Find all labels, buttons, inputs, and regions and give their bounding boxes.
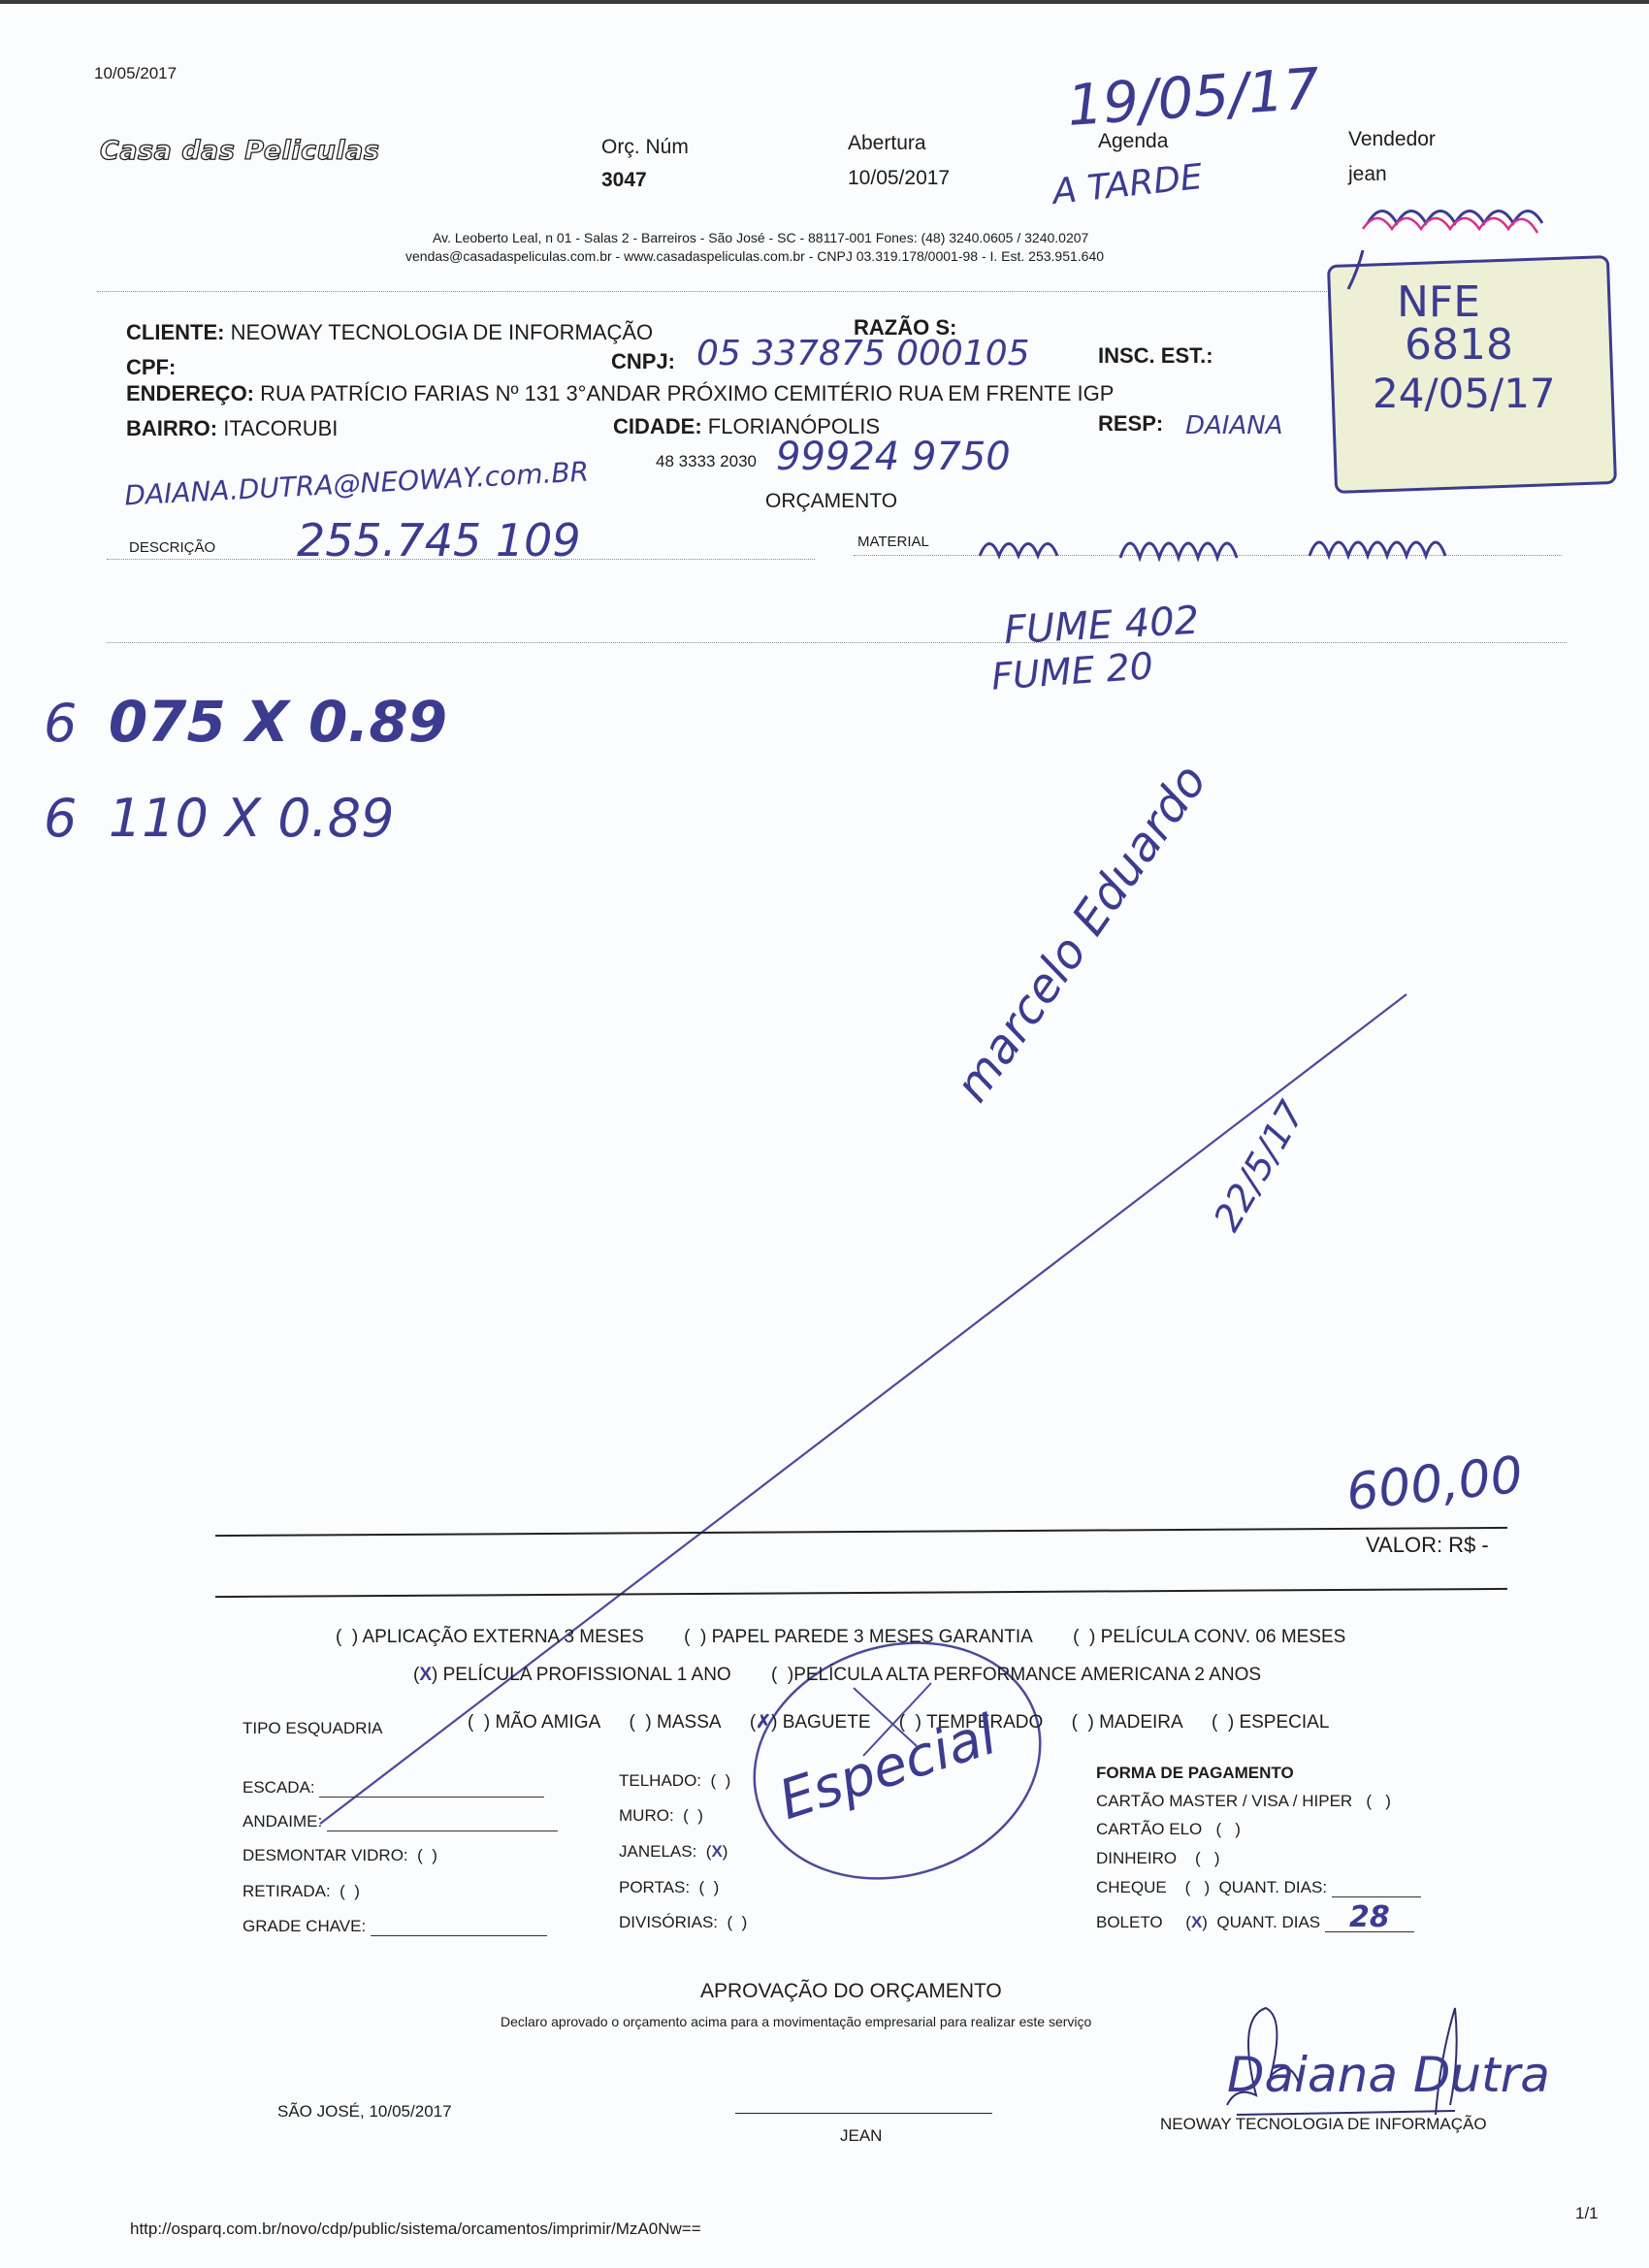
extra-telhado: TELHADO: ( ) — [619, 1771, 730, 1791]
divider — [107, 559, 815, 560]
esquadria-option[interactable]: ( ) ESPECIAL — [1212, 1712, 1329, 1733]
seller-signature-line — [735, 2113, 992, 2114]
service-option[interactable]: ( ) PAPEL PAREDE 3 MESES GARANTIA — [684, 1627, 1033, 1648]
extra-retirada: RETIRADA: ( ) — [242, 1882, 360, 1901]
client-sign-label: NEOWAY TECNOLOGIA DE INFORMAÇÃO — [1160, 2115, 1487, 2134]
agenda-handwritten-note: A TARDE — [1051, 157, 1204, 212]
installer-signature-date: 22/5/17 — [1206, 1094, 1313, 1239]
checkbox[interactable]: ( ) — [723, 1913, 748, 1931]
valor-handwritten: 600,00 — [1343, 1446, 1525, 1523]
boleto-dias-field[interactable]: 28 — [1325, 1907, 1414, 1932]
valor-label: VALOR: R$ - — [1366, 1533, 1489, 1558]
vendedor-label: Vendedor — [1348, 128, 1436, 151]
escada-field[interactable] — [319, 1797, 544, 1798]
valor-line-top — [215, 1527, 1507, 1537]
extra-andaime: ANDAIME: — [242, 1812, 558, 1831]
valor-line-bottom — [215, 1588, 1507, 1598]
payment-option[interactable]: DINHEIRO ( ) — [1096, 1849, 1220, 1868]
orc-num-label: Orç. Núm — [601, 136, 689, 159]
esquadria-option[interactable]: ( ) MASSA — [630, 1712, 722, 1733]
material-line-1: FUME 402 — [1003, 599, 1200, 653]
checkbox-checked[interactable]: (X) — [701, 1842, 727, 1861]
checkbox[interactable]: ( ) — [695, 1878, 720, 1896]
approval-place-date: SÃO JOSÉ, 10/05/2017 — [277, 2102, 452, 2122]
client-phone: 48 3333 2030 — [656, 452, 757, 471]
checkbox[interactable]: ( ) — [412, 1846, 437, 1864]
checkbox[interactable]: ( ) — [1073, 1627, 1095, 1648]
payment-title: FORMA DE PAGAMENTO — [1096, 1764, 1294, 1783]
esquadria-option[interactable]: ( ) MADEIRA — [1072, 1712, 1183, 1733]
company-contact: vendas@casadaspeliculas.com.br - www.cas… — [405, 248, 1104, 264]
checkbox[interactable]: ( ) — [335, 1882, 360, 1900]
service-option-checked[interactable]: (X) PELÍCULA PROFISSIONAL 1 ANO — [413, 1665, 731, 1686]
endereco-value: RUA PATRÍCIO FARIAS Nº 131 3°ANDAR PRÓXI… — [260, 381, 1114, 405]
orc-num-value: 3047 — [601, 169, 647, 192]
print-date: 10/05/2017 — [94, 64, 177, 83]
service-option[interactable]: ( ) PELÍCULA CONV. 06 MESES — [1073, 1627, 1345, 1648]
measurement-row: 6 110 X 0.89 — [44, 788, 394, 849]
company-address: Av. Leoberto Leal, n 01 - Salas 2 - Barr… — [433, 230, 1088, 245]
abertura-value: 10/05/2017 — [848, 167, 950, 190]
services-row-2: (X) PELÍCULA PROFISSIONAL 1 ANO ( )PELÍC… — [413, 1665, 1296, 1686]
payment-option[interactable]: CARTÃO MASTER / VISA / HIPER ( ) — [1096, 1792, 1391, 1811]
measurement-qty: 6 — [44, 788, 77, 849]
measurement-size: 075 X 0.89 — [109, 689, 447, 755]
bairro-value: ITACORUBI — [223, 416, 338, 440]
service-option[interactable]: ( ) APLICAÇÃO EXTERNA 3 MESES — [336, 1627, 644, 1648]
extra-janelas: JANELAS: (X) — [619, 1842, 727, 1862]
extra-portas: PORTAS: ( ) — [619, 1878, 719, 1897]
measurement-qty: 6 — [44, 693, 77, 754]
company-logo: Casa das Peliculas — [100, 136, 379, 166]
cheque-dias-field[interactable] — [1332, 1896, 1421, 1897]
measurement-row: 6 075 X 0.89 — [44, 689, 447, 755]
service-option[interactable]: ( )PELÍCULA ALTA PERFORMANCE AMERICANA 2… — [771, 1665, 1261, 1686]
phone-handwritten: 99924 9750 — [776, 435, 1011, 479]
cpf-label: CPF: — [126, 355, 176, 380]
approval-title: APROVAÇÃO DO ORÇAMENTO — [700, 1980, 1002, 2003]
checkbox-checked[interactable]: (X) — [413, 1665, 437, 1686]
client-signature: Daiana Dutra — [1227, 2047, 1550, 2103]
cidade-label: CIDADE: — [613, 414, 702, 438]
bairro-label: BAIRRO: — [126, 416, 217, 440]
agenda-handwritten-date: 19/05/17 — [1065, 55, 1322, 139]
page-number: 1/1 — [1575, 2204, 1599, 2223]
email-handwritten: DAIANA.DUTRA@NEOWAY.com.BR — [123, 455, 589, 511]
extra-grade-chave: GRADE CHAVE: — [242, 1917, 547, 1936]
installer-signature: marcelo Eduardo — [945, 755, 1217, 1112]
grade-chave-field[interactable] — [371, 1935, 547, 1936]
orcamento-title: ORÇAMENTO — [765, 490, 897, 513]
extra-desmontar-vidro: DESMONTAR VIDRO: ( ) — [242, 1846, 437, 1865]
cliente-label: CLIENTE: — [126, 320, 224, 344]
material-label: MATERIAL — [857, 534, 929, 550]
footer-url[interactable]: http://osparq.com.br/novo/cdp/public/sis… — [130, 2219, 701, 2239]
measurement-size: 110 X 0.89 — [109, 788, 395, 849]
nfe-label: NFE — [1397, 281, 1480, 324]
approval-statement: Declaro aprovado o orçamento acima para … — [501, 2014, 1091, 2029]
nfe-date: 24/05/17 — [1373, 373, 1556, 415]
checkbox[interactable]: ( ) — [771, 1665, 793, 1686]
vendedor-value: jean — [1348, 163, 1387, 186]
checkbox[interactable]: ( ) — [684, 1627, 706, 1648]
esquadria-option[interactable]: ( ) MÃO AMIGA — [468, 1712, 600, 1733]
esquadria-option-checked[interactable]: (✗) BAGUETE — [750, 1711, 871, 1733]
seller-sign-label: JEAN — [840, 2126, 882, 2146]
checkbox[interactable]: ( ) — [706, 1771, 731, 1790]
checkbox[interactable]: ( ) — [678, 1806, 703, 1825]
resp-label: RESP: — [1098, 411, 1163, 437]
andaime-field[interactable] — [327, 1831, 558, 1831]
material-scribble — [975, 529, 1547, 558]
extra-muro: MURO: ( ) — [619, 1806, 703, 1826]
checkbox[interactable]: ( ) — [336, 1627, 358, 1648]
endereco-label: ENDEREÇO: — [126, 381, 254, 405]
resp-handwritten: DAIANA — [1185, 411, 1283, 440]
abertura-label: Abertura — [848, 132, 926, 155]
insc-est-label: INSC. EST.: — [1098, 343, 1213, 369]
divider — [97, 291, 1406, 292]
cnpj-handwritten: 05 337875 000105 — [696, 334, 1030, 373]
extra-escada: ESCADA: — [242, 1778, 544, 1798]
payment-option[interactable]: CARTÃO ELO ( ) — [1096, 1820, 1241, 1839]
cnpj-label: CNPJ: — [611, 349, 675, 374]
payment-option-cheque[interactable]: CHEQUE ( ) QUANT. DIAS: — [1096, 1878, 1421, 1897]
esquadria-label: TIPO ESQUADRIA — [242, 1719, 383, 1738]
cliente-value: NEOWAY TECNOLOGIA DE INFORMAÇÃO — [231, 320, 654, 344]
payment-option-boleto[interactable]: BOLETO (X) QUANT. DIAS 28 — [1096, 1907, 1414, 1932]
extra-divisorias: DIVISÓRIAS: ( ) — [619, 1913, 747, 1932]
descricao-label: DESCRIÇÃO — [129, 539, 215, 556]
scan-top-edge — [0, 0, 1649, 4]
services-row-1: ( ) APLICAÇÃO EXTERNA 3 MESES ( ) PAPEL … — [336, 1627, 1380, 1648]
divider — [107, 642, 1567, 643]
nfe-number: 6818 — [1405, 324, 1513, 367]
